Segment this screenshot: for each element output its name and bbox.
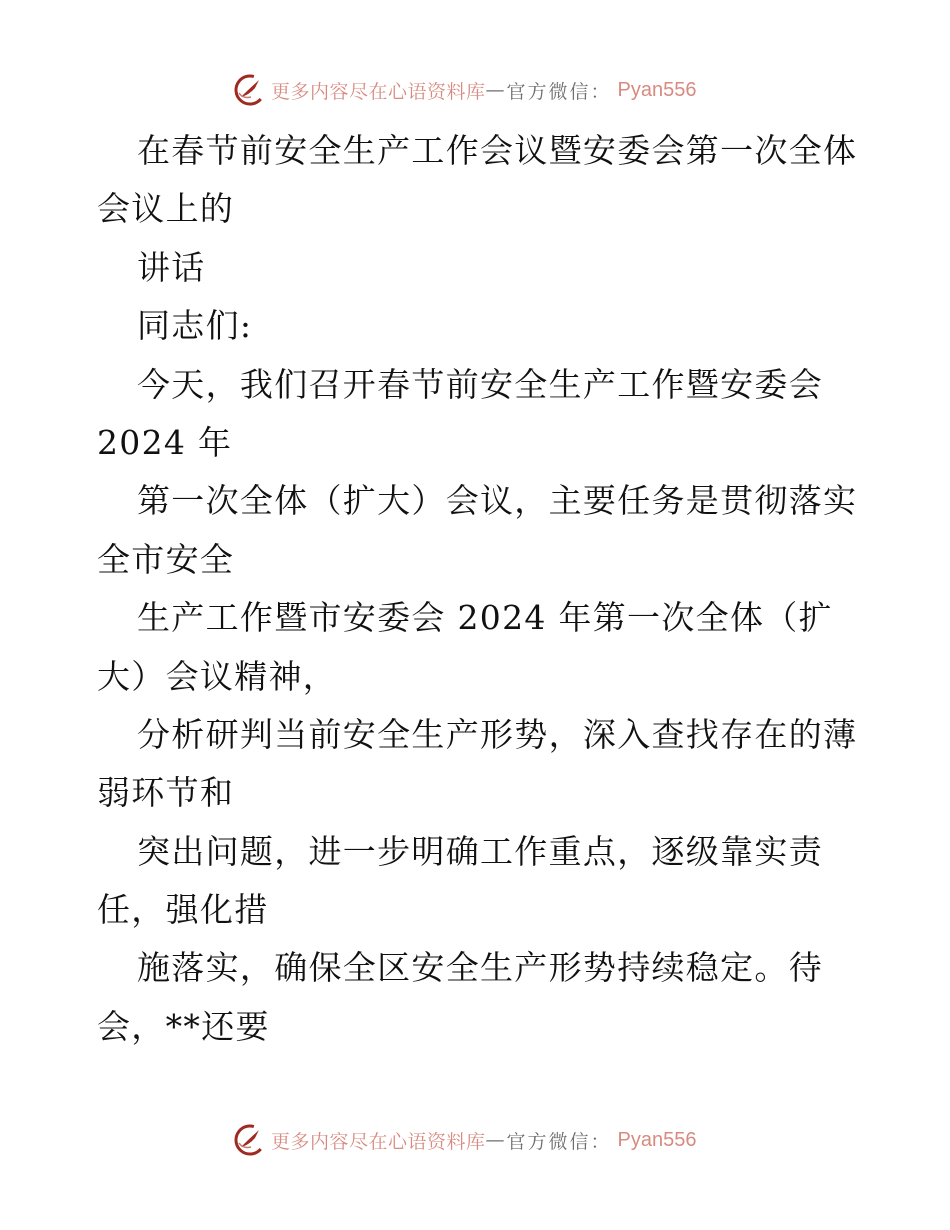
doc-line: 同志们: bbox=[97, 297, 857, 355]
watermark-dash: — bbox=[486, 1129, 507, 1151]
doc-line: 大）会议精神， bbox=[97, 648, 857, 706]
doc-line: 在春节前安全生产工作会议暨安委会第一次全体 bbox=[97, 122, 857, 180]
doc-line: 分析研判当前安全生产形势，深入查找存在的薄 bbox=[97, 706, 857, 764]
doc-line: 2024 年 bbox=[97, 414, 857, 472]
header-watermark: 更多内容尽在心语资料库 — 官方微信： Pyan556 bbox=[233, 72, 733, 108]
doc-line: 第一次全体（扩大）会议，主要任务是贯彻落实 bbox=[97, 472, 857, 530]
doc-line: 弱环节和 bbox=[97, 764, 857, 822]
doc-line: 突出问题，进一步明确工作重点，逐级靠实责 bbox=[97, 823, 857, 881]
watermark-brand-text: 更多内容尽在心语资料库 bbox=[271, 1127, 486, 1154]
doc-line: 生产工作暨市安委会 2024 年第一次全体（扩 bbox=[97, 589, 857, 647]
doc-line: 会议上的 bbox=[97, 180, 857, 238]
watermark-wechat-label: 官方微信： bbox=[507, 1127, 612, 1154]
doc-line: 施落实，确保全区安全生产形势持续稳定。待 bbox=[97, 939, 857, 997]
watermark-wechat-id: Pyan556 bbox=[618, 79, 697, 102]
doc-line: 讲话 bbox=[97, 239, 857, 297]
watermark-wechat-label: 官方微信： bbox=[507, 77, 612, 104]
quill-pen-logo-icon bbox=[233, 1123, 267, 1157]
watermark-wechat-id: Pyan556 bbox=[618, 1129, 697, 1152]
quill-pen-logo-icon bbox=[233, 73, 267, 107]
doc-line: 会，**还要 bbox=[97, 998, 857, 1056]
document-body: 在春节前安全生产工作会议暨安委会第一次全体 会议上的 讲话 同志们: 今天，我们… bbox=[97, 122, 857, 1056]
footer-watermark: 更多内容尽在心语资料库 — 官方微信： Pyan556 bbox=[233, 1122, 733, 1158]
doc-line: 任，强化措 bbox=[97, 881, 857, 939]
watermark-brand-text: 更多内容尽在心语资料库 bbox=[271, 77, 486, 104]
watermark-dash: — bbox=[486, 79, 507, 101]
doc-line: 今天，我们召开春节前安全生产工作暨安委会 bbox=[97, 356, 857, 414]
doc-line: 全市安全 bbox=[97, 531, 857, 589]
